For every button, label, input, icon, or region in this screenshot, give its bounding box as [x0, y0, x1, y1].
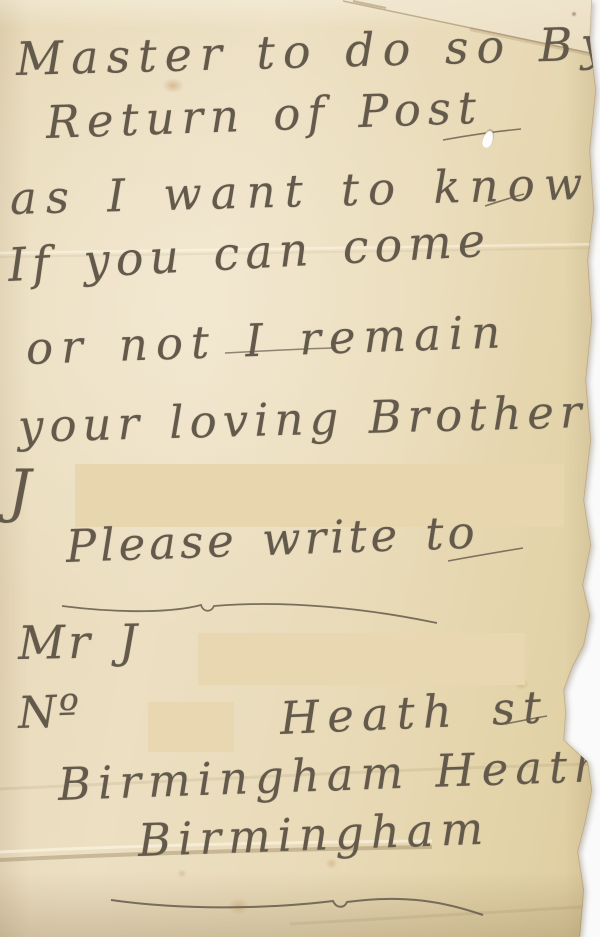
line-as-i-want-to-know: as I want to know: [9, 161, 591, 221]
line-if-you-can-come: If you can come: [7, 217, 492, 288]
line-master-to-do-so-by: Master to do so By: [15, 20, 600, 82]
line-your-loving-brother: your loving Brother: [17, 389, 588, 449]
signature-initial: J: [8, 462, 31, 520]
line-please-write-to: Please write to: [65, 510, 479, 569]
letter-paper: Master to do so By Return of Post as I w…: [0, 0, 600, 937]
address-number-label: Nº: [17, 690, 82, 736]
address-district: Birmingham Heath: [57, 743, 600, 807]
paper-shadow-wrap: Master to do so By Return of Post as I w…: [0, 0, 600, 937]
address-street: Heath st: [279, 684, 550, 741]
scan-background: Master to do so By Return of Post as I w…: [0, 0, 600, 937]
line-mr-j: Mr J: [18, 618, 141, 666]
stain: [228, 898, 249, 915]
line-return-of-post: Return of Post: [45, 85, 483, 145]
address-city: Birmingham: [137, 806, 491, 863]
stain: [571, 11, 577, 17]
redaction-block-house-number: [148, 702, 234, 752]
redaction-block-addressee: [198, 633, 525, 685]
line-or-not-i-remain: or not I remain: [25, 309, 509, 371]
stain: [177, 869, 187, 878]
underline-flourish-2: [105, 884, 490, 924]
